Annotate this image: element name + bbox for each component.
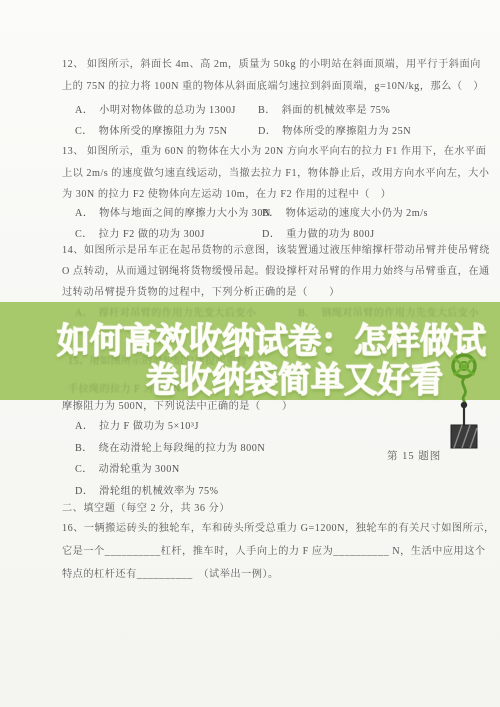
banner-title-line2: 卷收纳袋简单又好看 [146,353,443,403]
q13-option-d: D． 重力做的功为 800J [262,228,375,241]
q16-line1: 16、一辆搬运砖头的独轮车，车和砖头所受总重力 G=1200N，独轮车的有关尺寸… [62,522,495,535]
q15-option-a: A． 拉力 F 做功为 5×10³J [75,420,199,433]
q13-line1: 13、 如图所示，重为 60N 的物体在大小为 20N 方向水平向右的拉力 F1… [62,145,486,158]
q15-option-b: B． 绕在动滑轮上每段绳的拉力为 800N [75,442,265,455]
q14-line1: 14、如图所示是吊车正在起吊货物的示意图，该装置通过液压伸缩撑杆带动吊臂并使吊臂… [62,244,490,257]
q14-line3: 过转动吊臂提升货物的过程中，下列分析正确的是（ ） [62,286,340,299]
q13-option-b: B． 物体运动的速度大小仍为 2m/s [262,207,428,220]
q13-option-c: C． 拉力 F2 做的功为 300J [75,228,205,241]
q13-line3: 为 30N 的拉力 F2 使物体向左运动 10m，在力 F2 作用的过程中（ ） [62,188,391,201]
q15-stem-visible: 摩擦阻力为 500N，下列说法中正确的是（ ） [62,400,293,413]
pulley-figure-icon [432,348,494,460]
q13-option-a: A． 物体与地面之间的摩擦力大小为 30N [75,207,271,220]
q12-option-a: A． 小明对物体做的总功为 1300J [75,104,236,117]
exam-scan-page: 12、 如图所示，斜面长 4m、高 2m，质量为 50kg 的小明站在斜面顶端，… [0,0,500,707]
q12-option-d: D． 物体所受的摩擦阻力为 25N [258,125,411,138]
q12-line1: 12、 如图所示，斜面长 4m、高 2m，质量为 50kg 的小明站在斜面顶端，… [62,58,481,71]
q12-option-c: C． 物体所受的摩擦阻力为 75N [75,125,228,138]
q16-line2: 它是一个__________杠杆，推车时，人手向上的力 F 应为________… [62,545,486,558]
q12-line2: 上的 75N 的拉力将 100N 重的物体从斜面底端匀速拉到斜面顶端，g=10N… [62,80,484,93]
q16-line3: 特点的杠杆还有__________ （试举出一例）。 [62,568,279,581]
q15-figure-caption: 第 15 题图 [387,448,441,463]
q13-line2: 上以 2m/s 的速度做匀速直线运动，当撤去拉力 F1，物体静止后，改用方向水平… [62,167,489,180]
section2-heading: 二、填空题（每空 2 分，共 36 分） [62,502,230,515]
q15-option-c: C． 动滑轮重为 300N [75,463,180,476]
q12-option-b: B． 斜面的机械效率是 75% [258,104,390,117]
q15-option-d: D． 滑轮组的机械效率为 75% [75,485,219,498]
q14-line2: O 点转动，从而通过钢绳将货物缓慢吊起。假设撑杆对吊臂的作用力始终与吊臂垂直，在… [62,265,490,278]
